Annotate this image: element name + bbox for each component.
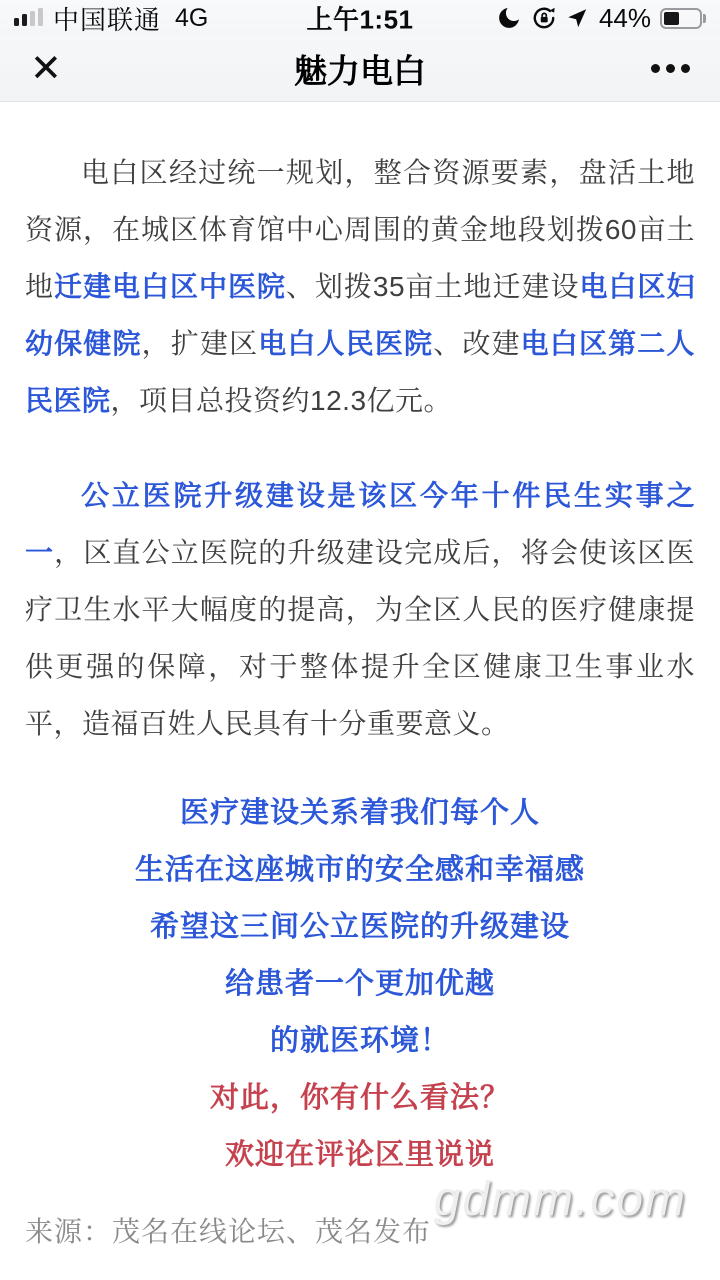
article-link[interactable]: 电白人民医院 xyxy=(258,328,433,359)
highlight-line-blue: 给患者一个更加优越 xyxy=(25,956,695,1013)
text-segment: ，扩建区 xyxy=(142,328,259,359)
battery-icon xyxy=(660,8,706,29)
do-not-disturb-moon-icon xyxy=(496,5,522,31)
article-body: 电白区经过统一规划，整合资源要素，盘活土地资源，在城区体育馆中心周围的黄金地段划… xyxy=(0,102,720,1278)
signal-strength-icon xyxy=(14,9,43,27)
network-type-label: 4G xyxy=(175,4,208,33)
text-segment: 、划拨35亩土地迁建设 xyxy=(286,271,580,302)
rotation-lock-icon xyxy=(531,5,557,31)
battery-percent-label: 44% xyxy=(599,3,651,34)
highlight-line-blue: 生活在这座城市的安全感和幸福感 xyxy=(25,842,695,899)
highlight-line-red: 对此，你有什么看法？ xyxy=(25,1070,695,1127)
status-right-group: 44% xyxy=(496,3,706,34)
carrier-label: 中国联通 xyxy=(53,0,161,37)
article-link[interactable]: 迁建电白区中医院 xyxy=(54,271,286,302)
status-bar: 中国联通 4G 上午1:51 44% xyxy=(0,0,720,36)
highlight-line-blue: 的就医环境！ xyxy=(25,1013,695,1070)
text-segment: 、改建 xyxy=(433,328,520,359)
article-footer: gdmm.com 来源：茂名在线论坛、茂名发布 xyxy=(25,1184,695,1278)
paragraph-2: 公立医院升级建设是该区今年十件民生实事之一，区直公立医院的升级建设完成后，将会使… xyxy=(25,467,695,752)
close-icon[interactable]: ✕ xyxy=(30,50,62,88)
nav-bar: ✕ 魅力电白 xyxy=(0,36,720,102)
paragraph-1: 电白区经过统一规划，整合资源要素，盘活土地资源，在城区体育馆中心周围的黄金地段划… xyxy=(25,144,695,429)
highlight-line-blue: 医疗建设关系着我们每个人 xyxy=(25,785,695,842)
time-label: 上午1:51 xyxy=(306,0,413,37)
more-menu-icon[interactable] xyxy=(651,54,690,83)
highlight-block: 医疗建设关系着我们每个人生活在这座城市的安全感和幸福感希望这三间公立医院的升级建… xyxy=(25,785,695,1184)
phone-screen: 中国联通 4G 上午1:51 44% xyxy=(0,0,720,1280)
location-arrow-icon xyxy=(566,7,588,29)
source-text: 来源：茂名在线论坛、茂名发布 xyxy=(25,1210,431,1250)
text-segment: ，区直公立医院的升级建设完成后，将会使该区医疗卫生水平大幅度的提高，为全区人民的… xyxy=(25,537,695,739)
text-segment: ，项目总投资约12.3亿元。 xyxy=(111,385,453,416)
highlight-line-blue: 希望这三间公立医院的升级建设 xyxy=(25,899,695,956)
watermark-text: gdmm.com xyxy=(434,1172,687,1227)
page-title: 魅力电白 xyxy=(294,45,426,92)
status-left-group: 中国联通 4G xyxy=(14,0,208,37)
